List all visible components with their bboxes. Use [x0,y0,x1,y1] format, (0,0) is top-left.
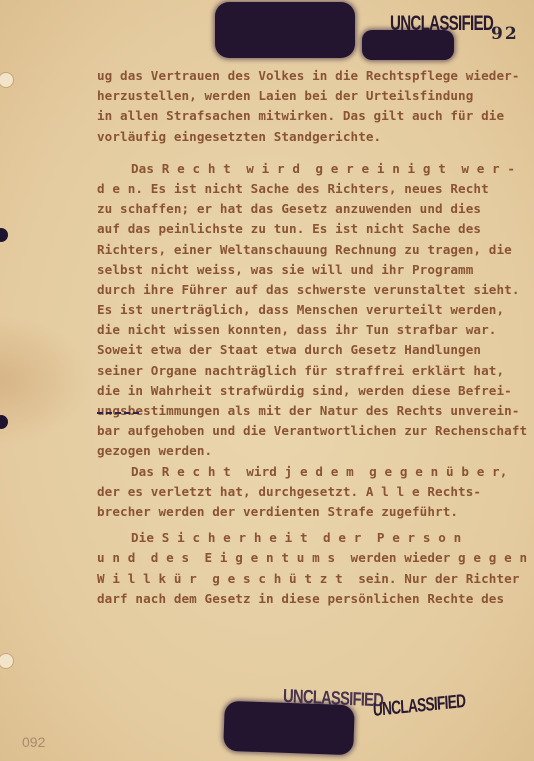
punch-hole [0,228,8,242]
page-number: 92 [491,24,519,44]
punch-hole [0,415,8,429]
text-line: zu schaffen; er hat das Gesetz anzuwende… [97,199,517,219]
text-line: Die S i c h e r h e i t d e r P e r s o … [97,528,517,548]
text-line: herzustellen, werden Laien bei der Urtei… [97,86,517,106]
document-body: ug das Vertrauen des Volkes in die Recht… [97,66,517,609]
text-line: Das R e c h t w i r d g e r e i n i g t … [97,159,517,179]
text-line: ungsbestimmungen als mit der Natur des R… [97,401,517,421]
text-line: Richters, einer Weltanschauung Rechnung … [97,240,517,260]
text-line: gezogen werden. [97,441,517,461]
text-line: Es ist unerträglich, dass Menschen verur… [97,300,517,320]
text-line: bar aufgehoben und die Verantwortlichen … [97,421,517,441]
text-line: die in Wahrheit strafwürdig sind, werden… [97,381,517,401]
unclassified-stamp: UNCLASSIFIED [390,12,493,36]
redaction-block [223,701,355,756]
text-line: in allen Strafsachen mitwirken. Das gilt… [97,106,517,126]
text-line: u n d d e s E i g e n t u m s werden wie… [97,548,517,568]
text-line: Soweit etwa der Staat etwa durch Gesetz … [97,340,517,360]
text-line: die nicht wissen konnten, dass ihr Tun s… [97,320,517,340]
text-line: d e n. Es ist nicht Sache des Richters, … [97,179,517,199]
text-line: Das R e c h t wird j e d e m g e g e n ü… [97,462,517,482]
unclassified-stamp: UNCLASSIFIED [372,691,465,722]
punch-hole [0,72,14,88]
text-line: der es verletzt hat, durchgesetzt. A l l… [97,482,517,502]
text-line: W i l l k ü r g e s c h ü t z t sein. Nu… [97,569,517,589]
redaction-block [215,2,355,58]
text-line: seiner Organe nachträglich für straffrei… [97,361,517,381]
punch-hole [0,653,14,669]
text-line: selbst nicht weiss, was sie will und ihr… [97,260,517,280]
text-line: darf nach dem Gesetz in diese persönlich… [97,589,517,609]
bates-number: 092 [22,734,45,750]
text-line: auf das peinlichste zu tun. Es ist nicht… [97,219,517,239]
text-line: durch ihre Führer auf das schwerste veru… [97,280,517,300]
text-line: brecher werden der verdienten Strafe zug… [97,502,517,522]
text-line: vorläufig eingesetzten Standgerichte. [97,127,517,147]
text-line: ug das Vertrauen des Volkes in die Recht… [97,66,517,86]
handwritten-underline [97,410,139,414]
